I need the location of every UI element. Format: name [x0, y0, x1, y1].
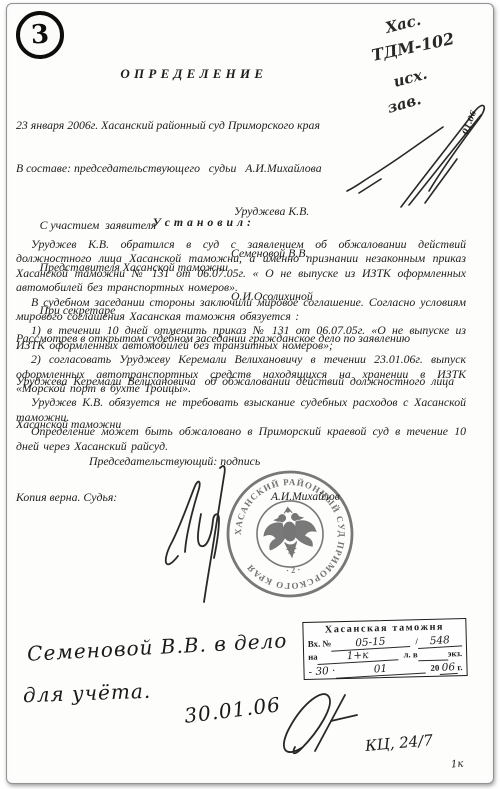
annotation-line: исх. — [391, 65, 429, 91]
annotation-line: ТДМ-102 — [370, 29, 456, 65]
sheets-suffix-label: л. в — [403, 648, 417, 661]
body-paragraph: Уруджев К.В. обязуется не требовать взыс… — [16, 395, 466, 424]
date-day-value: - 30 · — [308, 665, 336, 678]
order-body: Уруджев К.В. обратился в суд с заявление… — [16, 237, 466, 453]
body-paragraph: Уруджев К.В. обратился в суд с заявление… — [16, 237, 466, 295]
body-paragraph: В судебном заседании стороны заключили м… — [16, 295, 466, 324]
date-year-value: 06 — [439, 661, 458, 674]
court-round-stamp: ХАСАНСКИЙ РАЙОННЫЙ СУД ПРИМОРСКОГО КРАЯ … — [223, 467, 357, 601]
page-number-badge: 3 — [15, 10, 65, 60]
judge-name: А.И.Михайлов — [271, 491, 340, 503]
year-suffix-label: г. — [457, 661, 463, 674]
copy-certified-line: Копия верна. Судья: — [16, 490, 117, 505]
double-eagle-icon — [262, 505, 318, 559]
judge-signature — [146, 456, 236, 606]
handwritten-case-ref: КЦ, 24/7 — [364, 731, 433, 755]
registrar-signature — [257, 677, 367, 762]
year-prefix-label: 20 — [430, 661, 439, 674]
document-title: О П Р Е Д Е Л Е Н И Е — [16, 66, 368, 82]
incoming-number-label: Вх. № — [308, 637, 332, 651]
date-month-value: 01 — [335, 661, 426, 678]
annotation-line: Хас. — [383, 11, 423, 37]
customs-stamp-box: Хасанская таможня Вх. № 05-15 / 548 на 1… — [302, 618, 467, 680]
handwritten-note-recipient: Семеновой В.В. в дело — [27, 628, 288, 666]
registry-number-value: 548 — [418, 634, 463, 649]
top-right-annotations: Хас. ТДМ-102 исх. зав. 01.06 — [329, 7, 500, 212]
body-paragraph: 1) в течении 10 дней отменить приказ № 1… — [16, 323, 466, 352]
scanned-court-order: 3 О П Р Е Д Е Л Е Н И Е 23 января 2006г.… — [0, 0, 500, 789]
annotation-line: зав. — [385, 90, 423, 117]
page-number: 3 — [30, 20, 50, 51]
document-page: 3 О П Р Е Д Е Л Е Н И Е 23 января 2006г.… — [6, 3, 494, 784]
body-paragraph: Определение может быть обжаловано в Прим… — [16, 424, 466, 453]
handwritten-note-purpose: для учёта. — [23, 679, 152, 707]
stamp-number: · 2 · — [286, 564, 301, 575]
ustanovil-heading: У с т а н о в и л : — [16, 215, 388, 230]
copies-label: экз. — [447, 647, 462, 660]
body-paragraph: 2) согласовать Уруджеву Керемали Велихан… — [16, 352, 466, 395]
handwritten-copies-ref: 1к — [451, 758, 464, 770]
